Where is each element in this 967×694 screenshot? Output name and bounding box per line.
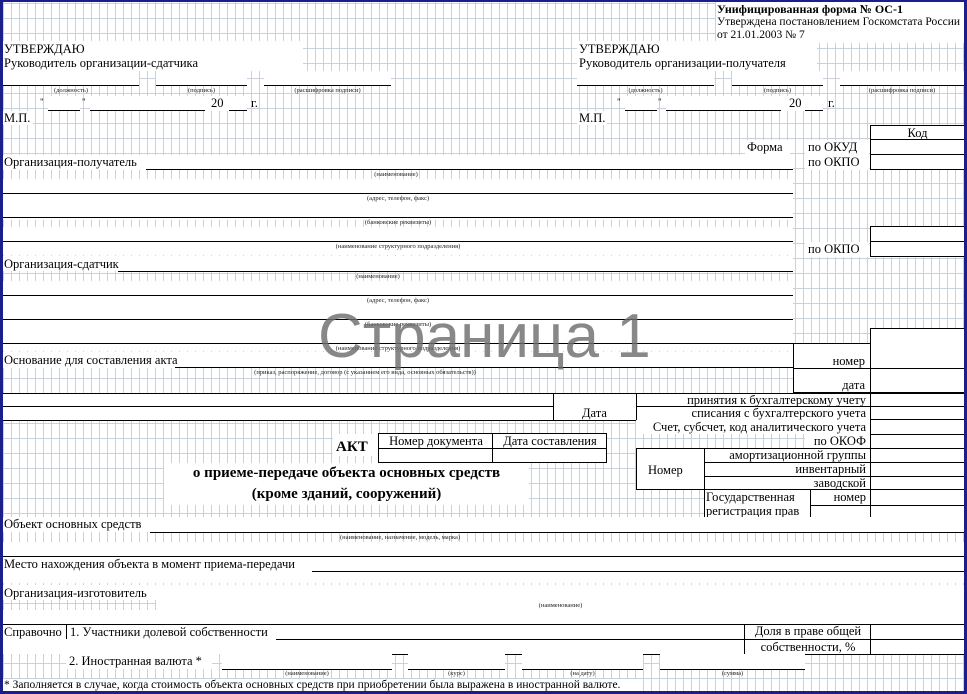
factory-number-field[interactable] [872, 478, 963, 489]
quote-close: " [82, 95, 86, 109]
object-name-field[interactable] [150, 517, 870, 532]
location-field[interactable] [312, 556, 965, 571]
doc-number-header: Номер документа [380, 434, 492, 448]
code-header: Код [871, 126, 964, 140]
okof-label: по ОКОФ [805, 434, 866, 448]
recipient-label: Организация-получатель [4, 155, 137, 169]
approve-right-month-field[interactable] [666, 96, 781, 111]
form-title: Унифицированная форма № ОС-1 [717, 2, 903, 16]
reg-number-field[interactable] [872, 491, 963, 504]
currency-name-field[interactable] [222, 654, 392, 669]
currency-date-field[interactable] [522, 654, 643, 669]
number-group-label: Номер [648, 463, 683, 477]
caption-currency-date: (на дату) [522, 670, 643, 678]
account-code-field[interactable] [872, 421, 963, 433]
amort-label: амортизационной группы [704, 448, 866, 462]
year-suffix: г. [251, 96, 258, 110]
recipient-head-signature-field[interactable] [732, 71, 823, 86]
recipient-head-position-field[interactable] [577, 71, 714, 86]
caption-signature-right: (подпись) [732, 87, 823, 95]
written-off-label: списания с бухгалтерского учета [636, 406, 866, 420]
caption-signature-name-right: (расшифровка подписи) [840, 87, 964, 95]
caption-recipient-bank: (банковские реквизиты) [3, 219, 793, 227]
inventory-label: инвентарный [704, 462, 866, 476]
approve-left-year-field[interactable] [229, 96, 247, 111]
form-os1-sheet: Унифицированная форма № ОС-1 Утверждена … [0, 0, 967, 694]
sender-label: Организация-сдатчик [4, 257, 119, 271]
stamp-right: М.П. [579, 111, 605, 125]
year-prefix: 20 [211, 96, 224, 110]
okpo-sender-code-field[interactable] [872, 243, 963, 256]
sender-head-signature-field[interactable] [156, 71, 247, 86]
act-subtitle-2: (кроме зданий, сооружений) [164, 485, 529, 503]
caption-signature-name: (расшифровка подписи) [264, 87, 391, 95]
reference-label: Справочно [4, 625, 62, 639]
accepted-label: принятия к бухгалтерскому учету [636, 393, 866, 407]
page-border-left [0, 0, 3, 694]
okpo-sender-label: по ОКПО [808, 242, 859, 256]
approve-right-role: Руководитель организации-получателя [579, 56, 786, 70]
participants-field-2[interactable] [222, 640, 744, 654]
footnote: * Заполняется в случае, когда стоимость … [4, 678, 620, 692]
caption-currency-name: (наименование) [222, 670, 392, 678]
share-label-2: собственности, % [746, 640, 870, 654]
sender-name-field[interactable] [126, 256, 793, 271]
approve-left-heading: УТВЕРЖДАЮ [4, 42, 85, 56]
account-label: Счет, субсчет, код аналитического учета [636, 420, 866, 434]
caption-object: (наименование, назначение, модель, марка… [150, 534, 650, 542]
doc-date-field[interactable] [494, 450, 605, 462]
okof-code-field[interactable] [872, 436, 963, 448]
basis-label: Основание для составления акта [4, 353, 178, 367]
quote-open: " [40, 95, 44, 109]
year-suffix-right: г. [828, 96, 835, 110]
approved-line-1: Утверждена постановлением Госкомстата Ро… [717, 15, 960, 29]
doc-number-field[interactable] [380, 450, 491, 462]
factory-label: заводской [704, 476, 866, 490]
share-label-1: Доля в праве общей [746, 624, 870, 638]
okud-label: по ОКУД [808, 140, 857, 154]
caption-manufacturer: (наименование) [156, 602, 965, 610]
accounting-date-label: Дата [582, 406, 607, 420]
currency-label: 2. Иностранная валюта * [69, 654, 202, 668]
manufacturer-label: Организация-изготовитель [4, 586, 147, 600]
caption-recipient-address: (адрес, телефон, факс) [3, 195, 793, 203]
okud-code-field[interactable] [872, 141, 963, 154]
share-field-1[interactable] [872, 625, 963, 638]
sender-address-field[interactable] [3, 281, 793, 295]
page-border-top [0, 0, 967, 2]
basis-date-label: дата [795, 378, 865, 392]
recipient-name-field[interactable] [146, 155, 793, 169]
quote-close-right: " [658, 95, 662, 109]
approve-left-role: Руководитель организации-сдатчика [4, 56, 198, 70]
manufacturer-field[interactable] [156, 585, 965, 600]
state-reg-label-1: Государственная [706, 490, 795, 504]
caption-recipient-name: (наименование) [146, 171, 646, 179]
caption-position-right: (должность) [577, 87, 714, 95]
approve-right-heading: УТВЕРЖДАЮ [579, 42, 660, 56]
approved-line-2: от 21.01.2003 № 7 [717, 28, 805, 42]
caption-recipient-division: (наименование структурного подразделения… [3, 243, 793, 251]
doc-date-header: Дата составления [494, 434, 606, 448]
recipient-bank-field[interactable] [3, 203, 793, 217]
currency-amount-field[interactable] [660, 654, 805, 669]
recipient-address-field[interactable] [3, 179, 793, 193]
recipient-head-name-field[interactable] [840, 71, 964, 86]
caption-position: (должность) [3, 87, 139, 95]
approve-left-day-field[interactable] [48, 96, 80, 111]
year-prefix-right: 20 [789, 96, 802, 110]
participants-label: 1. Участники долевой собственности [70, 625, 268, 639]
okpo-recipient-code-field[interactable] [872, 156, 963, 169]
caption-signature: (подпись) [156, 87, 247, 95]
basis-number-label: номер [795, 354, 865, 368]
act-title: АКТ [336, 439, 368, 456]
code-header-cell: Код [870, 125, 965, 140]
form-label: Форма [747, 140, 783, 154]
participants-field[interactable] [276, 624, 744, 639]
state-reg-label-2: регистрация прав [706, 504, 799, 518]
basis-date-field[interactable] [872, 370, 963, 392]
caption-currency-amount: (сумма) [660, 670, 805, 678]
quote-open-right: " [617, 95, 621, 109]
amort-group-field[interactable] [872, 450, 963, 462]
accepted-date-field[interactable] [872, 394, 963, 406]
inventory-number-field[interactable] [872, 464, 963, 476]
sender-head-name-field[interactable] [264, 71, 391, 86]
sender-head-position-field[interactable] [3, 71, 139, 86]
recipient-division-field[interactable] [3, 227, 793, 241]
approve-right-day-field[interactable] [625, 96, 657, 111]
caption-currency-rate: (курс) [408, 670, 505, 678]
okpo-label: по ОКПО [808, 155, 859, 169]
location-label: Место нахождения объекта в момент приема… [4, 557, 295, 571]
reg-number-label: номер [812, 490, 866, 504]
object-label: Объект основных средств [4, 517, 141, 531]
act-subtitle-1: о приеме-передаче объекта основных средс… [164, 464, 529, 482]
currency-rate-field[interactable] [408, 654, 505, 669]
stamp-left: М.П. [4, 111, 30, 125]
approve-left-month-field[interactable] [90, 96, 205, 111]
basis-number-field[interactable] [872, 345, 963, 367]
approve-right-year-field[interactable] [805, 96, 823, 111]
page-watermark: Страница 1 [318, 302, 651, 372]
share-field-2[interactable] [872, 640, 963, 653]
caption-sender-name: (наименование) [118, 273, 638, 281]
